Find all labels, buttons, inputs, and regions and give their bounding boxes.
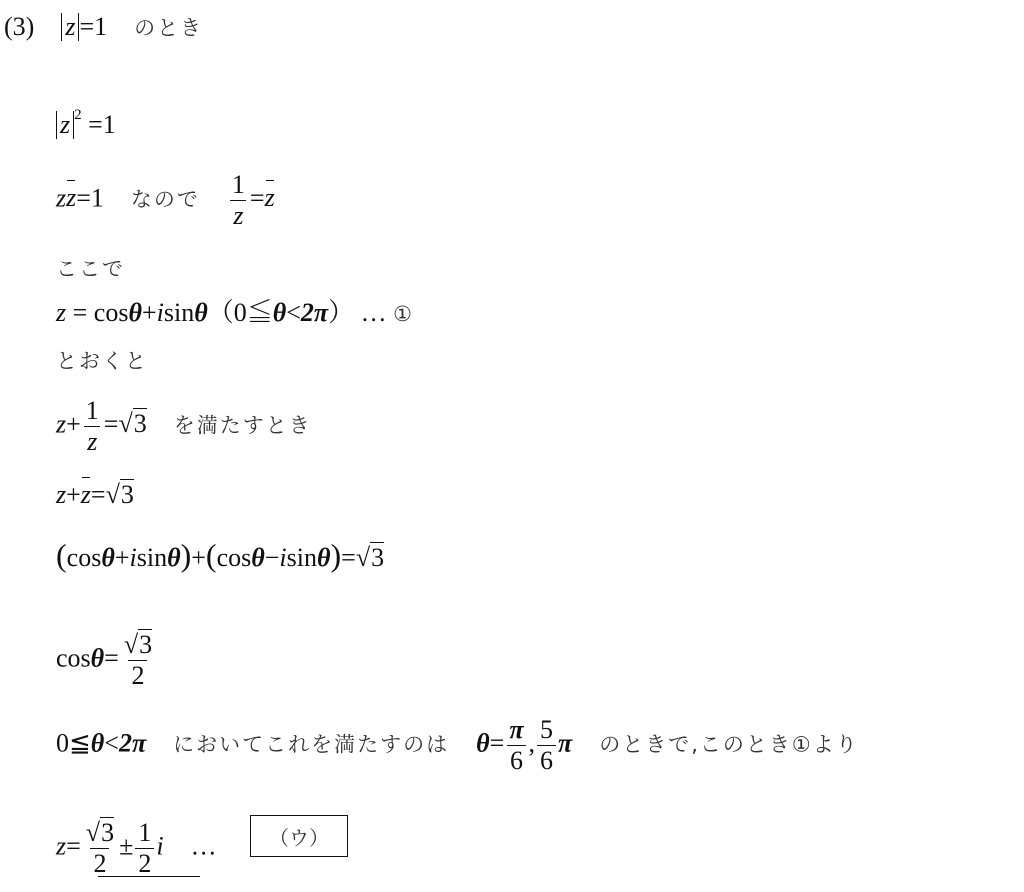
fraction-1-over-2: 1 2 <box>135 818 154 879</box>
range-zero: 0≦ <box>56 728 91 757</box>
theta: θ <box>476 728 490 757</box>
step-expand: (cosθ+isinθ)+(cosθ−isinθ)=√3 <box>56 540 384 573</box>
rhs: =1 <box>88 110 116 139</box>
imag-unit: i <box>156 831 163 860</box>
z-conjugate: z <box>265 183 275 213</box>
plus: + <box>142 298 157 327</box>
radicand: 3 <box>138 629 152 659</box>
ellipsis: … <box>191 831 217 860</box>
fraction-1-over-z: 1 z <box>83 396 102 457</box>
step-solutions: 0≦θ<2π においてこれを満たすのは θ= π 6 , 5 6 π のときで,… <box>56 715 859 776</box>
imag-unit: i <box>157 298 164 327</box>
range-open: （0≦ <box>208 298 273 327</box>
z: z <box>56 480 66 509</box>
eq: = <box>341 543 356 572</box>
plus: + <box>66 480 81 509</box>
step-answer: z= √3 2 ± 1 2 i … <box>56 818 217 879</box>
numerator: 1 <box>83 396 102 426</box>
problem-header: (3) z=1 のとき <box>4 12 203 43</box>
plus-minus: ± <box>119 831 133 860</box>
z-conjugate: z <box>81 480 91 510</box>
denominator: 6 <box>507 745 526 776</box>
theta: θ <box>91 728 105 757</box>
numerator: π <box>506 715 526 745</box>
eq: = <box>91 480 106 509</box>
ellipsis: … <box>361 298 387 327</box>
denominator: 6 <box>537 745 556 776</box>
numerator: √3 <box>83 818 117 848</box>
numerator: 5 <box>537 715 556 745</box>
condition-text: を満たすとき <box>174 413 312 437</box>
theta: θ <box>128 298 142 327</box>
step-conjugate-product: zz=1 なので 1 z =z <box>56 170 275 231</box>
answer-label: （ウ） <box>269 822 329 851</box>
denominator: z <box>84 426 100 457</box>
minus: − <box>265 543 280 572</box>
eq: = <box>250 183 265 212</box>
denominator: 2 <box>90 848 109 879</box>
numerator: √3 <box>121 630 155 660</box>
solutions-conclusion-text: のときで,このとき①より <box>599 732 859 756</box>
sin: sin <box>164 298 194 327</box>
range-close: ） <box>328 298 354 327</box>
two-pi: 2π <box>301 298 328 327</box>
step-setting: とおくと <box>56 346 148 376</box>
step-polar-form: z = cosθ+isinθ（0≦θ<2π） … ① <box>56 298 414 329</box>
fraction-5-over-6: 5 6 <box>537 715 556 776</box>
eq: = <box>490 728 505 757</box>
denominator: z <box>230 200 246 231</box>
step-abs-squared: z2 =1 <box>56 100 116 140</box>
denominator: 2 <box>128 660 147 691</box>
answer-underline <box>98 876 200 877</box>
radicand: 3 <box>370 542 384 572</box>
sqrt-3: √3 <box>118 409 146 439</box>
numerator: 1 <box>135 818 154 848</box>
answer-box: （ウ） <box>250 815 348 857</box>
given-text: のとき <box>134 16 203 40</box>
z-conjugate: z <box>66 183 76 213</box>
radicand: 3 <box>120 479 134 509</box>
z: z <box>56 183 66 212</box>
step-cos-value: cosθ= √3 2 <box>56 630 157 691</box>
exponent: 2 <box>74 107 82 123</box>
lt: < <box>286 298 301 327</box>
comma: , <box>529 728 536 757</box>
cos: cos <box>56 643 91 672</box>
eq: = <box>66 831 81 860</box>
numerator: 1 <box>229 170 248 200</box>
plus: + <box>191 543 206 572</box>
radicand: 3 <box>133 408 147 438</box>
fraction-sqrt3-over-2: √3 2 <box>121 630 155 691</box>
sqrt-3: √3 <box>106 480 134 510</box>
denominator: 2 <box>135 848 154 879</box>
eq: = <box>104 643 119 672</box>
step-here: ここで <box>56 254 125 284</box>
radicand: 3 <box>100 817 114 847</box>
two-pi: 2π <box>119 728 146 757</box>
sqrt-3: √3 <box>356 543 384 573</box>
abs-z: z <box>61 13 79 41</box>
eq: = <box>104 409 119 438</box>
connector-text: なので <box>131 187 200 211</box>
eq: =1 <box>76 183 104 212</box>
fraction-pi-over-6: π 6 <box>506 715 526 776</box>
pi: π <box>558 728 572 757</box>
solutions-text: においてこれを満たすのは <box>173 732 449 756</box>
step-condition: z+ 1 z =√3 を満たすとき <box>56 396 312 457</box>
ref-circle-1: ① <box>393 302 414 326</box>
z: z <box>56 409 66 438</box>
lt: < <box>104 728 119 757</box>
problem-number: (3) <box>4 12 34 41</box>
plus: + <box>66 409 81 438</box>
theta: θ <box>91 643 105 672</box>
fraction-1-over-z: 1 z <box>229 170 248 231</box>
given-eq: =1 <box>79 12 107 41</box>
fraction-sqrt3-over-2: √3 2 <box>83 818 117 879</box>
abs-z: z <box>56 111 74 139</box>
step-conj-sum: z+z=√3 <box>56 480 134 510</box>
z: z <box>56 831 66 860</box>
